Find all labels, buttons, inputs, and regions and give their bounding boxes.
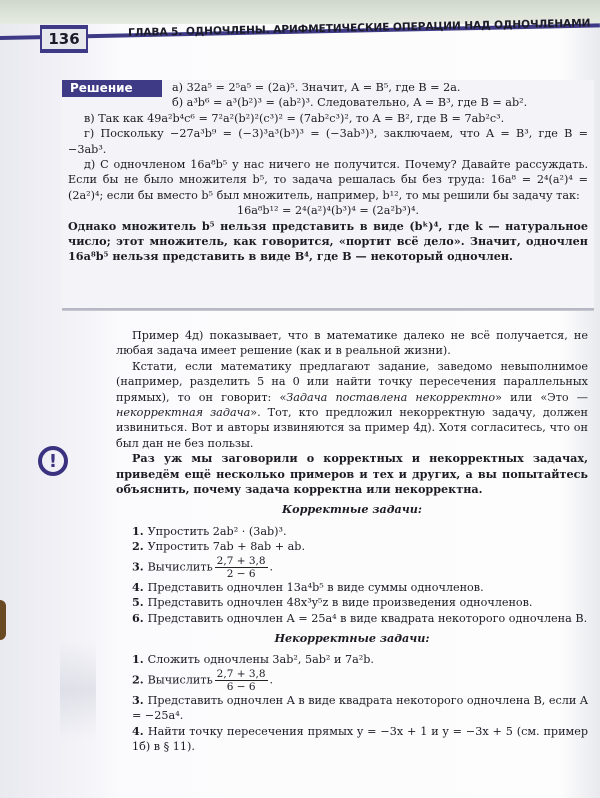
task-number: 1. xyxy=(132,524,148,538)
task-text: Представить одночлен 48x³y⁵z в виде прои… xyxy=(148,596,533,609)
incorrect-task-list: 1. Сложить одночлены 3ab², 5ab² и 7a²b.2… xyxy=(116,652,588,754)
task-text: Упростить 7ab + 8ab + ab. xyxy=(148,540,305,553)
task-text: Вычислить xyxy=(148,673,213,686)
task-item: 4. Представить одночлен 13a⁴b⁵ в виде су… xyxy=(116,580,588,595)
margin-decoration xyxy=(0,600,6,640)
p2-mid: » или «Это — xyxy=(495,391,588,404)
task-item: 2. Вычислить2,7 + 3,86 − 6. xyxy=(116,668,588,693)
task-number: 5. xyxy=(132,595,148,609)
textbook-page: 136 ГЛАВА 5. ОДНОЧЛЕНЫ. АРИФМЕТИЧЕСКИЕ О… xyxy=(0,0,600,798)
p2-italic-2: некорректная задача xyxy=(116,406,250,419)
task-item: 1. Упростить 2ab² · (3ab)³. xyxy=(116,524,588,539)
task-item: 4. Найти точку пересечения прямых y = −3… xyxy=(116,724,588,755)
solution-g: г) Поскольку −27a³b⁹ = (−3)³a³(b³)³ = (−… xyxy=(68,126,588,157)
task-item: 5. Представить одночлен 48x³y⁵z в виде п… xyxy=(116,595,588,610)
page-number-badge: 136 xyxy=(40,25,88,53)
solution-text: а) 32a⁵ = 2⁵a⁵ = (2a)⁵. Значит, A = B⁵, … xyxy=(116,80,588,265)
task-item: 1. Сложить одночлены 3ab², 5ab² и 7a²b. xyxy=(116,652,588,667)
exclamation-glyph: ! xyxy=(49,451,57,472)
task-number: 3. xyxy=(132,559,148,573)
main-text: Пример 4д) показывает, что в математике … xyxy=(116,328,588,754)
task-number: 3. xyxy=(132,693,148,707)
section-divider xyxy=(62,310,594,311)
task-number: 4. xyxy=(132,580,148,594)
task-text: Вычислить xyxy=(148,560,213,573)
solution-b: б) a³b⁶ = a³(b²)³ = (ab²)³. Следовательн… xyxy=(116,95,588,110)
fraction: 2,7 + 3,86 − 6 xyxy=(215,668,268,693)
paragraph-1: Пример 4д) показывает, что в математике … xyxy=(116,328,588,359)
paragraph-3: Раз уж мы заговорили о корректных и неко… xyxy=(116,451,588,497)
paragraph-2: Кстати, если математику предлагают задан… xyxy=(116,359,588,451)
solution-v: в) Так как 49a²b⁴c⁶ = 7²a²(b²)²(c³)² = (… xyxy=(68,111,588,126)
task-text: Найти точку пересечения прямых y = −3x +… xyxy=(132,725,588,753)
task-item: 3. Вычислить2,7 + 3,82 − 6. xyxy=(116,555,588,580)
task-text: Представить одночлен A в виде квадрата н… xyxy=(132,694,588,722)
task-number: 4. xyxy=(132,724,148,738)
task-text: Представить одночлен A = 25a⁴ в виде ква… xyxy=(148,612,588,625)
task-number: 2. xyxy=(132,672,148,686)
correct-task-list: 1. Упростить 2ab² · (3ab)³.2. Упростить … xyxy=(116,524,588,626)
exclamation-circle-icon: ! xyxy=(38,446,68,476)
task-item: 2. Упростить 7ab + 8ab + ab. xyxy=(116,539,588,554)
task-number: 1. xyxy=(132,652,148,666)
p2-italic-1: Задача поставлена некорректно xyxy=(286,391,495,404)
task-text: Представить одночлен 13a⁴b⁵ в виде суммы… xyxy=(148,581,484,594)
solution-conclusion: Однако множитель b⁵ нельзя представить в… xyxy=(68,219,588,265)
page-number: 136 xyxy=(42,29,85,49)
task-text: Упростить 2ab² · (3ab)³. xyxy=(148,525,287,538)
task-number: 6. xyxy=(132,611,148,625)
task-item: 3. Представить одночлен A в виде квадрат… xyxy=(116,693,588,724)
solution-formula: 16a⁸b¹² = 2⁴(a²)⁴(b³)⁴ = (2a²b³)⁴. xyxy=(68,203,588,218)
solution-d: д) С одночленом 16a⁸b⁵ у нас ничего не п… xyxy=(68,157,588,203)
incorrect-tasks-heading: Некорректные задачи: xyxy=(116,631,588,646)
solution-a: а) 32a⁵ = 2⁵a⁵ = (2a)⁵. Значит, A = B⁵, … xyxy=(116,80,588,95)
fraction: 2,7 + 3,82 − 6 xyxy=(215,555,268,580)
correct-tasks-heading: Корректные задачи: xyxy=(116,502,588,517)
task-item: 6. Представить одночлен A = 25a⁴ в виде … xyxy=(116,611,588,626)
bleed-through-shadow xyxy=(60,640,96,740)
task-number: 2. xyxy=(132,539,148,553)
task-text: Сложить одночлены 3ab², 5ab² и 7a²b. xyxy=(148,653,374,666)
